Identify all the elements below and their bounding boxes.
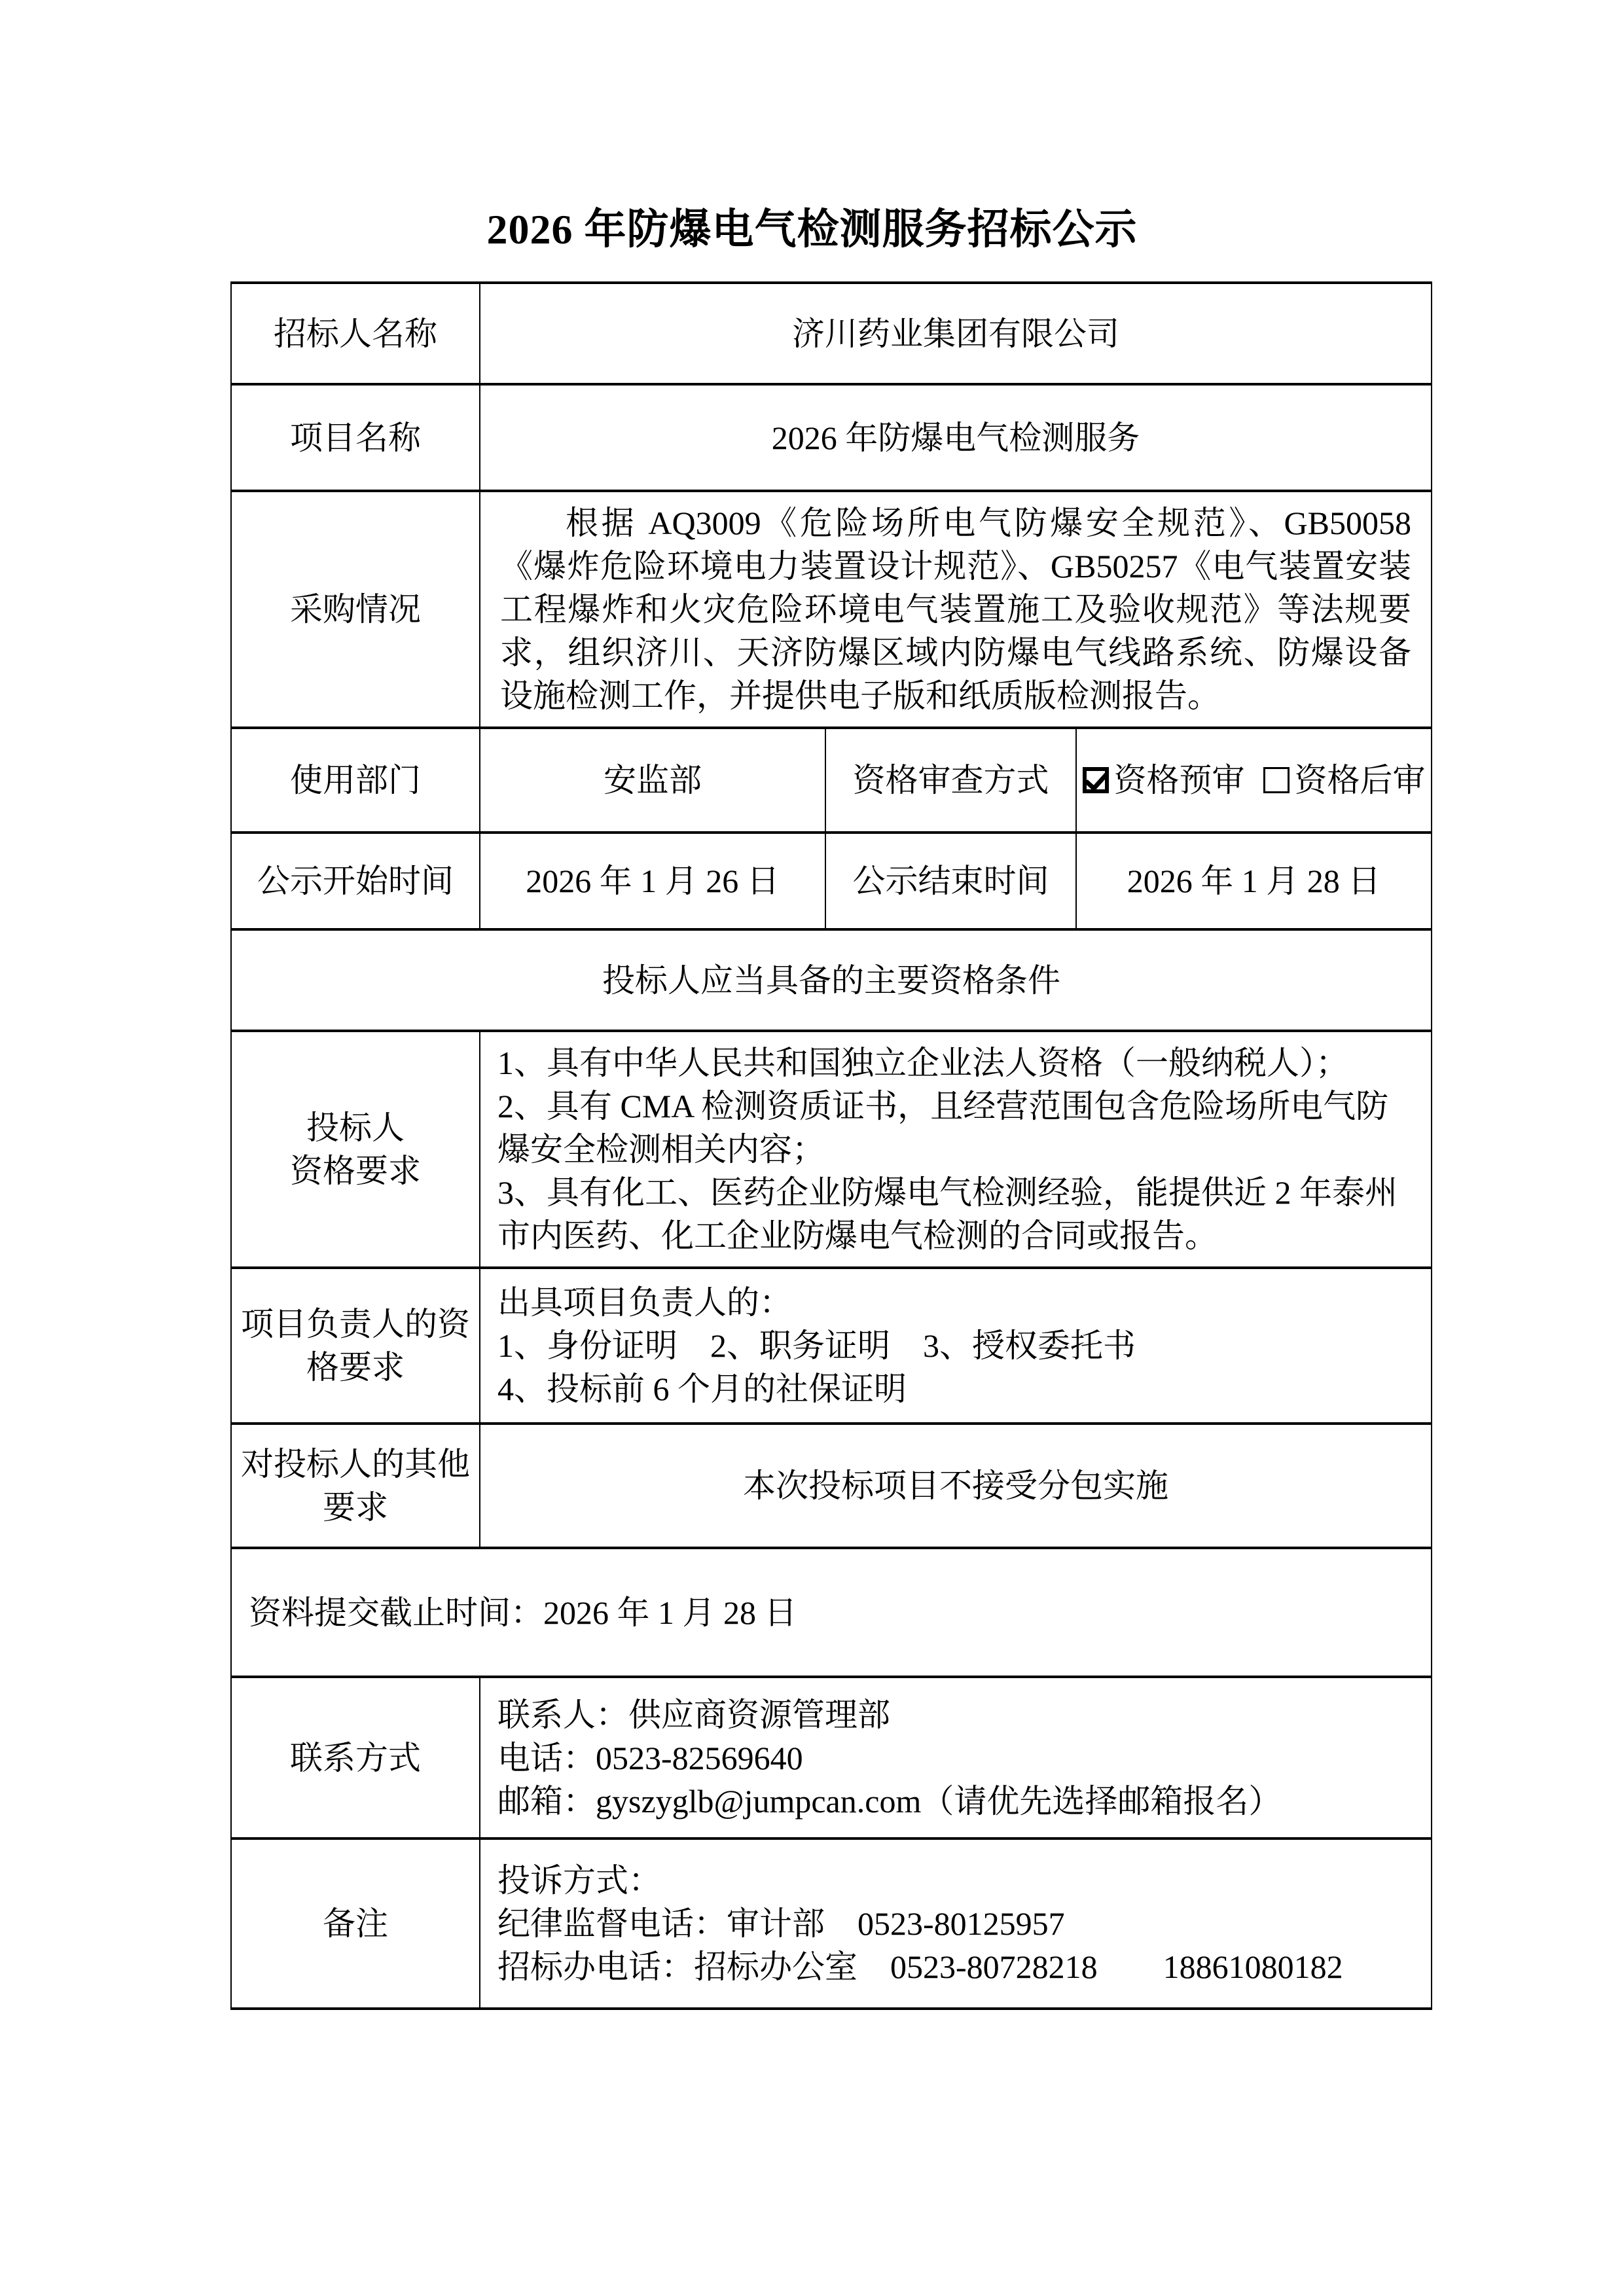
bidder-qualification-value: 1、具有中华人民共和国独立企业法人资格（一般纳税人）； 2、具有 CMA 检测资… (480, 1031, 1432, 1268)
other-requirements-label: 对投标人的其他要求 (231, 1424, 480, 1548)
qualification-review-label: 资格审查方式 (825, 728, 1076, 833)
table-row-procurement: 采购情况 根据 AQ3009《危险场所电气防爆安全规范》、GB50058《爆炸危… (231, 491, 1432, 728)
post-review-checkbox (1263, 767, 1290, 793)
manager-qualification-value: 出具项目负责人的： 1、身份证明 2、职务证明 3、授权委托书 4、投标前 6 … (480, 1268, 1432, 1424)
bidder-name-label: 招标人名称 (231, 283, 480, 384)
remarks-value: 投诉方式： 纪律监督电话：审计部 0523-80125957 招标办电话：招标办… (480, 1839, 1432, 2009)
procurement-label: 采购情况 (231, 491, 480, 728)
tender-notice-table: 招标人名称 济川药业集团有限公司 项目名称 2026 年防爆电气检测服务 采购情… (230, 281, 1432, 2010)
publicity-start-value: 2026 年 1 月 26 日 (480, 833, 825, 929)
qualification-review-value: 资格预审 资格后审 (1076, 728, 1432, 833)
table-row-other-requirements: 对投标人的其他要求 本次投标项目不接受分包实施 (231, 1424, 1432, 1548)
page-title: 2026 年防爆电气检测服务招标公示 (0, 207, 1624, 253)
post-review-option: 资格后审 (1263, 759, 1426, 802)
table-row-project-name: 项目名称 2026 年防爆电气检测服务 (231, 384, 1432, 491)
review-options: 资格预审 资格后审 (1094, 759, 1414, 802)
pre-review-checkbox (1083, 767, 1109, 793)
pre-review-option-label: 资格预审 (1114, 759, 1245, 802)
qualification-section-title: 投标人应当具备的主要资格条件 (231, 929, 1432, 1031)
table-row-bidder-qualification: 投标人 资格要求 1、具有中华人民共和国独立企业法人资格（一般纳税人）； 2、具… (231, 1031, 1432, 1268)
document-page: 2026 年防爆电气检测服务招标公示 招标人名称 济川药业集团有限公司 项目名称… (0, 0, 1624, 2296)
bidder-qualification-label: 投标人 资格要求 (231, 1031, 480, 1268)
manager-qualification-label: 项目负责人的资格要求 (231, 1268, 480, 1424)
table-row-submission-deadline: 资料提交截止时间：2026 年 1 月 28 日 (231, 1548, 1432, 1677)
pre-review-option: 资格预审 (1083, 759, 1245, 802)
post-review-option-label: 资格后审 (1295, 759, 1426, 802)
publicity-end-value: 2026 年 1 月 28 日 (1076, 833, 1432, 929)
bidder-name-value: 济川药业集团有限公司 (480, 283, 1432, 384)
table-row-remarks: 备注 投诉方式： 纪律监督电话：审计部 0523-80125957 招标办电话：… (231, 1839, 1432, 2009)
using-department-label: 使用部门 (231, 728, 480, 833)
procurement-value: 根据 AQ3009《危险场所电气防爆安全规范》、GB50058《爆炸危险环境电力… (480, 491, 1432, 728)
table-row-publicity-dates: 公示开始时间 2026 年 1 月 26 日 公示结束时间 2026 年 1 月… (231, 833, 1432, 929)
publicity-start-label: 公示开始时间 (231, 833, 480, 929)
contact-label: 联系方式 (231, 1677, 480, 1839)
table-row-contact: 联系方式 联系人：供应商资源管理部 电话：0523-82569640 邮箱：gy… (231, 1677, 1432, 1839)
submission-deadline: 资料提交截止时间：2026 年 1 月 28 日 (231, 1548, 1432, 1677)
table-row-bidder-name: 招标人名称 济川药业集团有限公司 (231, 283, 1432, 384)
publicity-end-label: 公示结束时间 (825, 833, 1076, 929)
table-row-department-review: 使用部门 安监部 资格审查方式 资格预审 资格后审 (231, 728, 1432, 833)
using-department-value: 安监部 (480, 728, 825, 833)
project-name-value: 2026 年防爆电气检测服务 (480, 384, 1432, 491)
project-name-label: 项目名称 (231, 384, 480, 491)
remarks-label: 备注 (231, 1839, 480, 2009)
table-row-qualification-section: 投标人应当具备的主要资格条件 (231, 929, 1432, 1031)
other-requirements-value: 本次投标项目不接受分包实施 (480, 1424, 1432, 1548)
contact-value: 联系人：供应商资源管理部 电话：0523-82569640 邮箱：gyszygl… (480, 1677, 1432, 1839)
table-row-manager-qualification: 项目负责人的资格要求 出具项目负责人的： 1、身份证明 2、职务证明 3、授权委… (231, 1268, 1432, 1424)
